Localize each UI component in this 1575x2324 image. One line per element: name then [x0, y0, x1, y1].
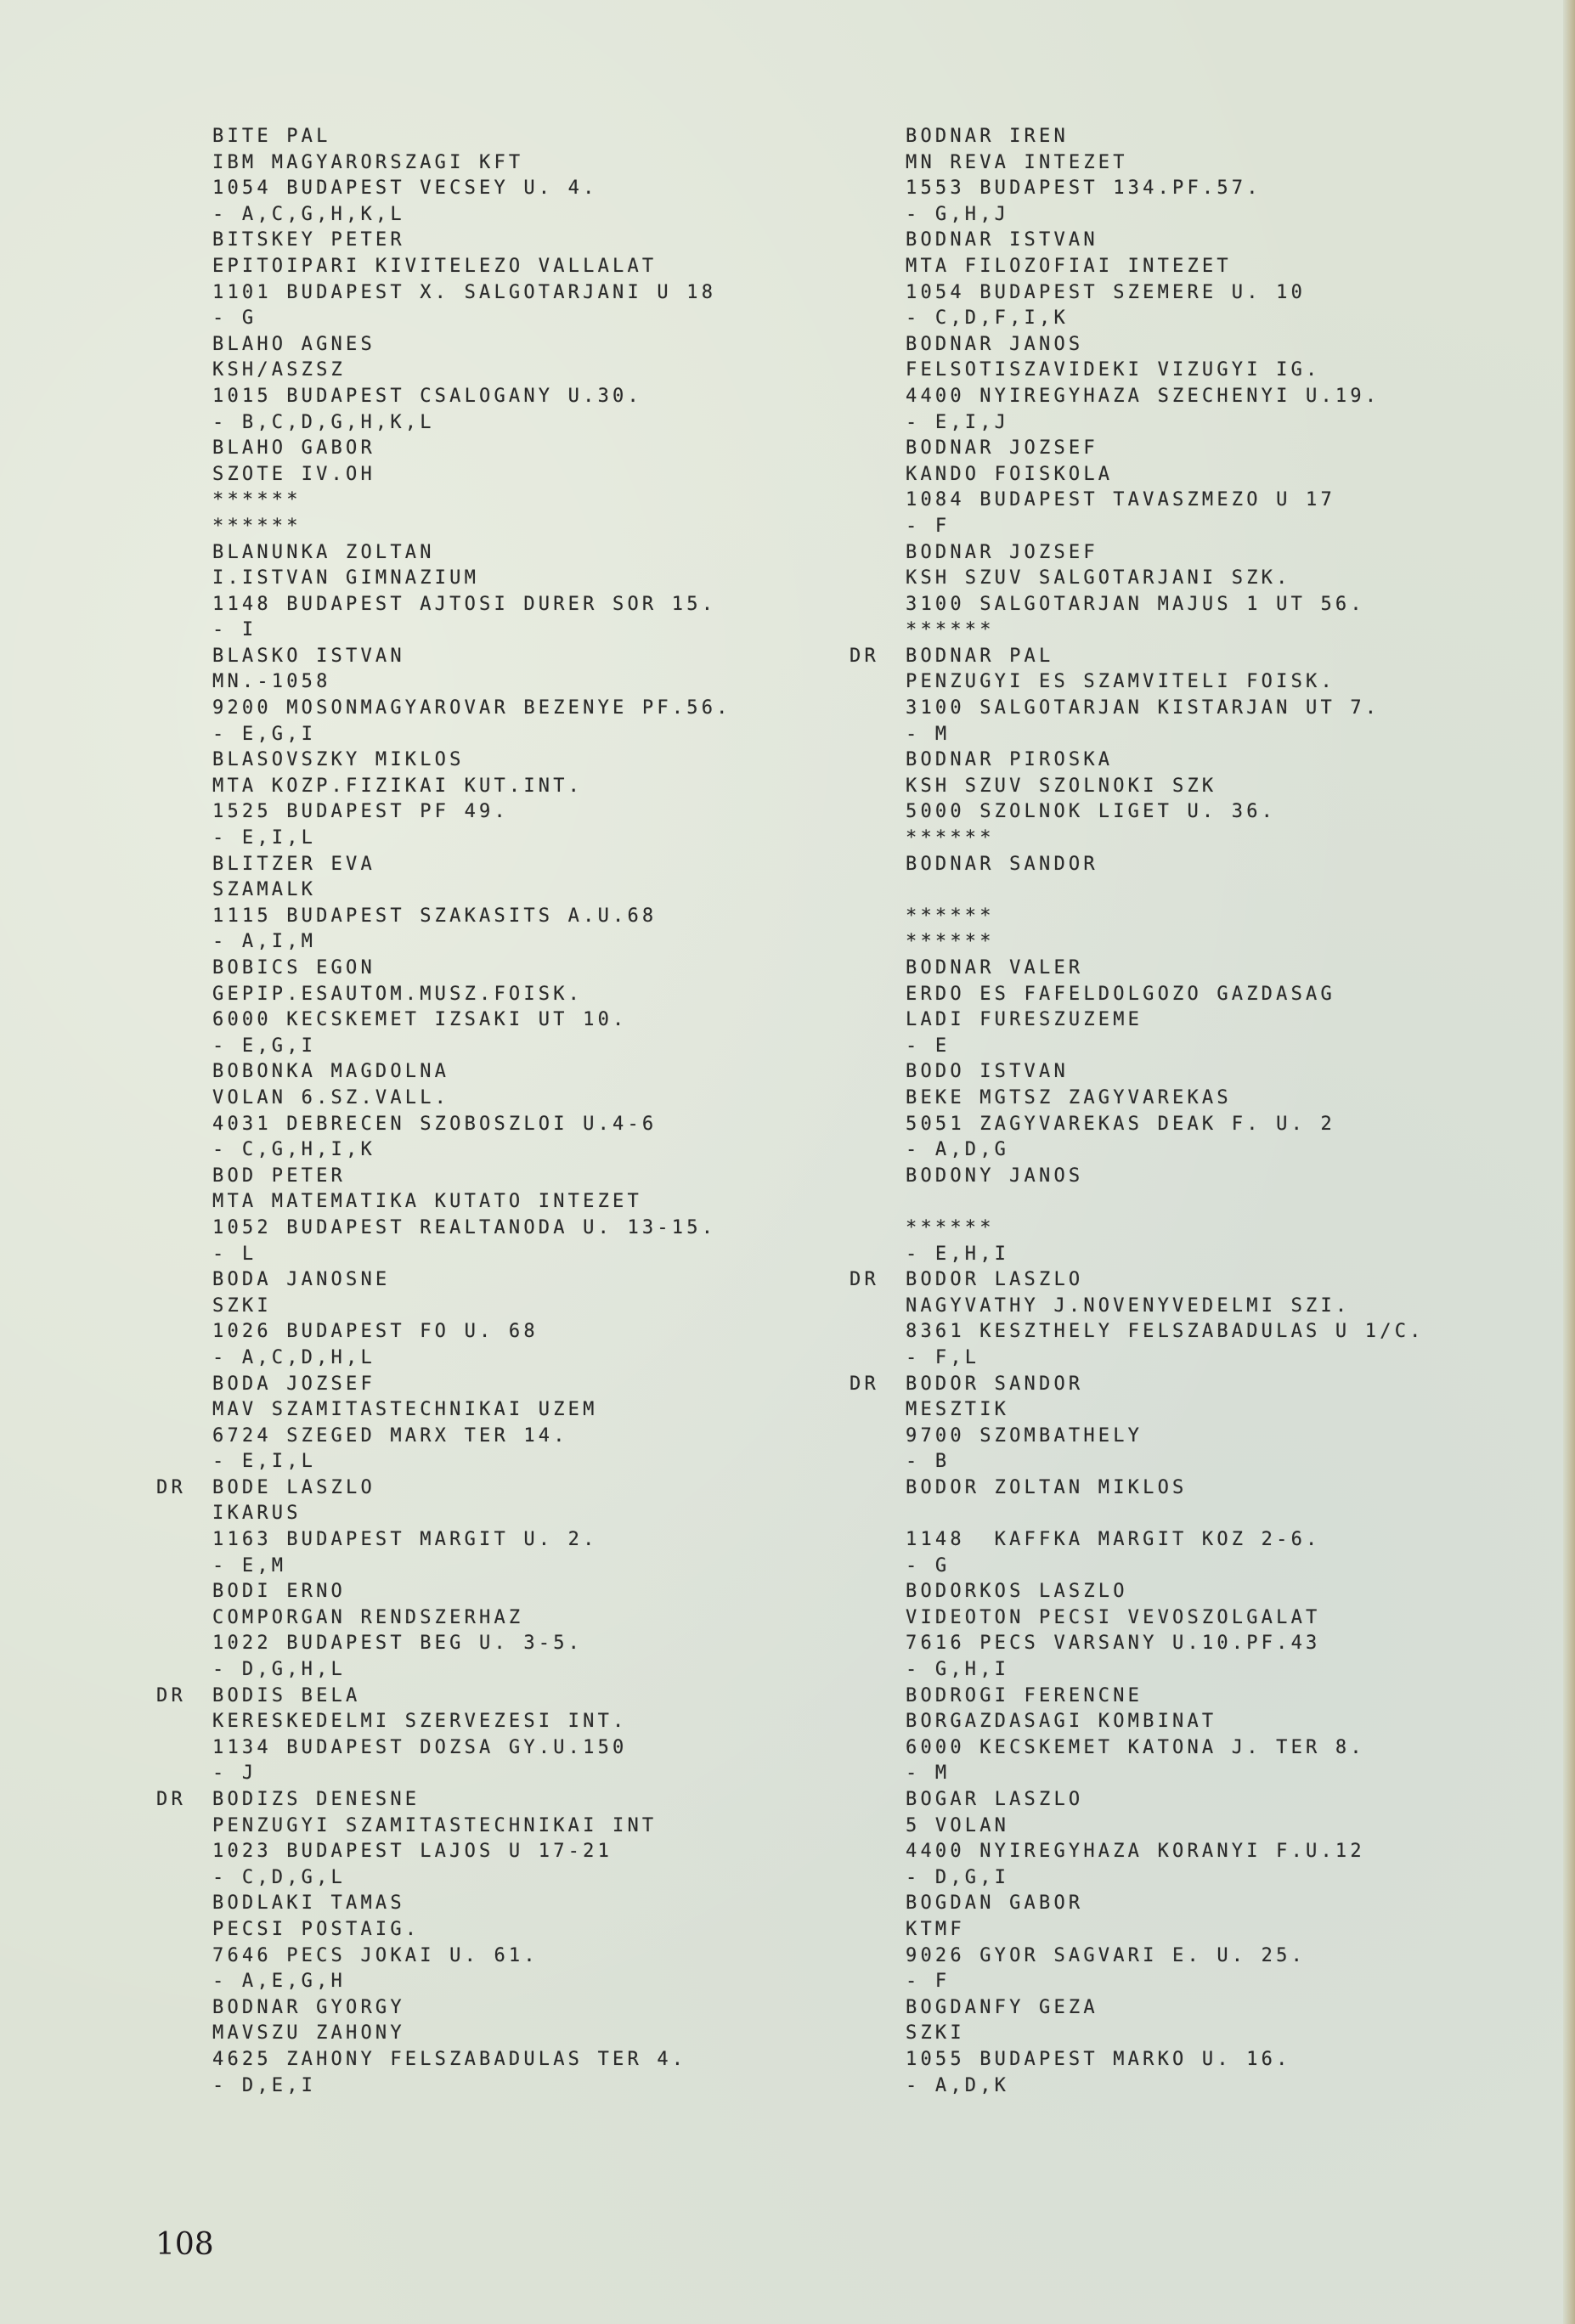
line-text: 1055 BUDAPEST MARKO U. 16.	[906, 2047, 1291, 2073]
directory-line: SZOTE IV.OH	[156, 462, 836, 488]
directory-line: BODNAR SANDOR	[850, 852, 1546, 878]
directory-line: - F,L	[850, 1345, 1546, 1372]
directory-line: - E,H,I	[850, 1242, 1546, 1268]
line-text: - A,E,G,H	[212, 1969, 346, 1995]
line-text: BODORKOS LASZLO	[906, 1579, 1128, 1605]
directory-line: 7616 PECS VARSANY U.10.PF.43	[850, 1631, 1546, 1657]
directory-line: - A,D,G	[850, 1137, 1546, 1164]
directory-line: 1148 KAFFKA MARGIT KOZ 2-6.	[850, 1527, 1546, 1554]
directory-line: 1553 BUDAPEST 134.PF.57.	[850, 176, 1546, 202]
directory-line: VOLAN 6.SZ.VALL.	[156, 1086, 836, 1112]
line-text: MTA FILOZOFIAI INTEZET	[906, 254, 1232, 280]
line-text: 4400 NYIREGYHAZA KORANYI F.U.12	[906, 1839, 1365, 1865]
directory-line: BOD PETER	[156, 1164, 836, 1190]
line-text: 1023 BUDAPEST LAJOS U 17-21	[212, 1839, 612, 1865]
directory-line: BOGDANFY GEZA	[850, 1995, 1546, 2022]
line-text: ******	[212, 514, 302, 540]
line-text: BODIZS DENESNE	[212, 1787, 420, 1814]
line-text: MTA MATEMATIKA KUTATO INTEZET	[212, 1189, 642, 1216]
line-text: 7616 PECS VARSANY U.10.PF.43	[906, 1631, 1320, 1657]
directory-line: 1052 BUDAPEST REALTANODA U. 13-15.	[156, 1216, 836, 1242]
directory-line: GEPIP.ESAUTOM.MUSZ.FOISK.	[156, 982, 836, 1008]
line-text: BODLAKI TAMAS	[212, 1891, 405, 1917]
directory-line: DRBODNAR PAL	[850, 644, 1546, 670]
directory-line: MESZTIK	[850, 1397, 1546, 1424]
directory-line: 1026 BUDAPEST FO U. 68	[156, 1319, 836, 1345]
line-text: 6000 KECSKEMET IZSAKI UT 10.	[212, 1007, 627, 1034]
line-text: ******	[906, 904, 995, 930]
line-text: BOBONKA MAGDOLNA	[212, 1059, 449, 1086]
line-text: ******	[906, 1216, 995, 1242]
directory-line: 9200 MOSONMAGYAROVAR BEZENYE PF.56.	[156, 696, 836, 722]
line-text: 1052 BUDAPEST REALTANODA U. 13-15.	[212, 1216, 716, 1242]
line-text: - I	[212, 618, 257, 644]
line-text: 8361 KESZTHELY FELSZABADULAS U 1/C.	[906, 1319, 1425, 1345]
line-text: - F,L	[906, 1345, 979, 1372]
line-text: - B,C,D,G,H,K,L	[212, 410, 435, 437]
directory-line: KSH SZUV SZOLNOKI SZK	[850, 774, 1546, 800]
directory-line: ******	[850, 826, 1546, 852]
line-text: - G,H,J	[906, 202, 1009, 228]
line-text: BODNAR JOZSEF	[906, 436, 1098, 462]
line-text: 6000 KECSKEMET KATONA J. TER 8.	[906, 1735, 1365, 1762]
directory-line: BEKE MGTSZ ZAGYVAREKAS	[850, 1086, 1546, 1112]
line-text: - E,H,I	[906, 1242, 1009, 1268]
directory-line: PENZUGYI SZAMITASTECHNIKAI INT	[156, 1814, 836, 1840]
directory-line: LADI FURESZUZEME	[850, 1007, 1546, 1034]
line-text: - F	[906, 514, 950, 540]
line-text: 1022 BUDAPEST BEG U. 3-5.	[212, 1631, 583, 1657]
directory-line: - M	[850, 722, 1546, 748]
line-text: 9026 GYOR SAGVARI E. U. 25.	[906, 1943, 1306, 1970]
line-text: BOD PETER	[212, 1164, 346, 1190]
directory-line: PENZUGYI ES SZAMVITELI FOISK.	[850, 669, 1546, 696]
line-text: BODIS BELA	[212, 1684, 360, 1710]
directory-line: 1115 BUDAPEST SZAKASITS A.U.68	[156, 904, 836, 930]
line-text: BODNAR ISTVAN	[906, 228, 1098, 254]
line-text: BLAHO AGNES	[212, 332, 375, 358]
directory-line: IKARUS	[156, 1501, 836, 1527]
directory-line: 5051 ZAGYVAREKAS DEAK F. U. 2	[850, 1112, 1546, 1138]
directory-line: EPITOIPARI KIVITELEZO VALLALAT	[156, 254, 836, 280]
line-text: 7646 PECS JOKAI U. 61.	[212, 1943, 539, 1970]
directory-column-right: BODNAR IRENMN REVA INTEZET1553 BUDAPEST …	[850, 124, 1546, 2099]
line-text: BLANUNKA ZOLTAN	[212, 540, 435, 567]
line-text: 1148 KAFFKA MARGIT KOZ 2-6.	[906, 1527, 1320, 1554]
directory-line: BODORKOS LASZLO	[850, 1579, 1546, 1605]
directory-line: BODO ISTVAN	[850, 1059, 1546, 1086]
directory-line: - A,C,G,H,K,L	[156, 202, 836, 228]
line-text: MESZTIK	[906, 1397, 1009, 1424]
directory-line: BODNAR ISTVAN	[850, 228, 1546, 254]
title-prefix: DR	[850, 1372, 906, 1398]
line-text: ERDO ES FAFELDOLGOZO GAZDASAG	[906, 982, 1335, 1008]
directory-line: BODNAR JANOS	[850, 332, 1546, 358]
directory-line: MAV SZAMITASTECHNIKAI UZEM	[156, 1397, 836, 1424]
directory-line: - E,I,L	[156, 826, 836, 852]
directory-line: BODROGI FERENCNE	[850, 1684, 1546, 1710]
directory-line: DRBODE LASZLO	[156, 1475, 836, 1502]
line-text: KSH SZUV SALGOTARJANI SZK.	[906, 566, 1291, 592]
directory-line: KTMF	[850, 1917, 1546, 1943]
directory-line: BODOR ZOLTAN MIKLOS	[850, 1475, 1546, 1502]
directory-line: 6000 KECSKEMET KATONA J. TER 8.	[850, 1735, 1546, 1762]
line-text: KANDO FOISKOLA	[906, 462, 1113, 488]
directory-line: 1084 BUDAPEST TAVASZMEZO U 17	[850, 488, 1546, 514]
line-text: BODNAR PAL	[906, 644, 1053, 670]
directory-line: BITSKEY PETER	[156, 228, 836, 254]
directory-line: - E,I,J	[850, 410, 1546, 437]
directory-line: 5 VOLAN	[850, 1814, 1546, 1840]
directory-line: 1054 BUDAPEST VECSEY U. 4.	[156, 176, 836, 202]
directory-line: - A,C,D,H,L	[156, 1345, 836, 1372]
title-prefix: DR	[850, 644, 906, 670]
directory-line: 1148 BUDAPEST AJTOSI DURER SOR 15.	[156, 592, 836, 618]
line-text: - J	[212, 1761, 257, 1787]
line-text: 1115 BUDAPEST SZAKASITS A.U.68	[212, 904, 657, 930]
line-text: BOGDANFY GEZA	[906, 1995, 1098, 2022]
directory-line: BODI ERNO	[156, 1579, 836, 1605]
line-text: BLAHO GABOR	[212, 436, 375, 462]
directory-line: 8361 KESZTHELY FELSZABADULAS U 1/C.	[850, 1319, 1546, 1345]
directory-line: 1055 BUDAPEST MARKO U. 16.	[850, 2047, 1546, 2073]
directory-line: BLAHO GABOR	[156, 436, 836, 462]
directory-line: - L	[156, 1242, 836, 1268]
directory-line: BOGAR LASZLO	[850, 1787, 1546, 1814]
directory-line: 3100 SALGOTARJAN MAJUS 1 UT 56.	[850, 592, 1546, 618]
line-text: BODNAR JANOS	[906, 332, 1083, 358]
directory-line: ******	[156, 488, 836, 514]
line-text: PECSI POSTAIG.	[212, 1917, 420, 1943]
directory-line: I.ISTVAN GIMNAZIUM	[156, 566, 836, 592]
directory-line: - A,I,M	[156, 929, 836, 956]
directory-line: - E,G,I	[156, 722, 836, 748]
directory-line: ******	[156, 514, 836, 540]
line-text: 3100 SALGOTARJAN KISTARJAN UT 7.	[906, 696, 1380, 722]
directory-line: 4400 NYIREGYHAZA SZECHENYI U.19.	[850, 384, 1546, 410]
line-text: COMPORGAN RENDSZERHAZ	[212, 1605, 523, 1632]
directory-line: - G	[156, 306, 836, 332]
line-text: ******	[212, 488, 302, 514]
line-text: - M	[906, 722, 950, 748]
line-text: BODNAR GYORGY	[212, 1995, 405, 2022]
line-text: - G	[212, 306, 257, 332]
line-text: BODNAR IREN	[906, 124, 1069, 150]
directory-line: 1015 BUDAPEST CSALOGANY U.30.	[156, 384, 836, 410]
directory-line: ******	[850, 929, 1546, 956]
line-text: BODA JOZSEF	[212, 1372, 375, 1398]
title-prefix: DR	[850, 1267, 906, 1294]
directory-line: BODNAR VALER	[850, 956, 1546, 982]
line-text: 5000 SZOLNOK LIGET U. 36.	[906, 799, 1276, 826]
line-text: - D,G,H,L	[212, 1657, 346, 1684]
line-text: PENZUGYI ES SZAMVITELI FOISK.	[906, 669, 1335, 696]
line-text: 5 VOLAN	[906, 1814, 1009, 1840]
line-text: EPITOIPARI KIVITELEZO VALLALAT	[212, 254, 657, 280]
directory-line: - G,H,I	[850, 1657, 1546, 1684]
directory-line: 1022 BUDAPEST BEG U. 3-5.	[156, 1631, 836, 1657]
directory-line: PECSI POSTAIG.	[156, 1917, 836, 1943]
line-text: - D,E,I	[212, 2073, 316, 2100]
page-edge	[1563, 0, 1575, 2324]
line-text: I.ISTVAN GIMNAZIUM	[212, 566, 479, 592]
line-text: - D,G,I	[906, 1865, 1009, 1892]
line-text: ******	[906, 929, 995, 956]
line-text: PENZUGYI SZAMITASTECHNIKAI INT	[212, 1814, 657, 1840]
line-text: - F	[906, 1969, 950, 1995]
directory-line: - F	[850, 1969, 1546, 1995]
line-text: BOGDAN GABOR	[906, 1891, 1083, 1917]
directory-line	[850, 1501, 1546, 1527]
directory-line: BODNAR PIROSKA	[850, 747, 1546, 774]
directory-line: BORGAZDASAGI KOMBINAT	[850, 1709, 1546, 1735]
line-text: - E,I,L	[212, 1449, 316, 1475]
directory-line: - E,G,I	[156, 1034, 836, 1060]
line-text: - C,D,G,L	[212, 1865, 346, 1892]
directory-line: - G	[850, 1554, 1546, 1580]
line-text: SZKI	[906, 2021, 965, 2047]
line-text: BODNAR VALER	[906, 956, 1083, 982]
line-text: BLASKO ISTVAN	[212, 644, 405, 670]
directory-column-left: BITE PALIBM MAGYARORSZAGI KFT1054 BUDAPE…	[156, 124, 836, 2099]
line-text: KTMF	[906, 1917, 965, 1943]
line-text: 4031 DEBRECEN SZOBOSZLOI U.4-6	[212, 1112, 657, 1138]
line-text: BITSKEY PETER	[212, 228, 405, 254]
line-text: BLITZER EVA	[212, 852, 375, 878]
line-text: 1134 BUDAPEST DOZSA GY.U.150	[212, 1735, 627, 1762]
line-text: - E,G,I	[212, 722, 316, 748]
directory-line: - E,I,L	[156, 1449, 836, 1475]
directory-line: MN REVA INTEZET	[850, 150, 1546, 177]
line-text: BODOR ZOLTAN MIKLOS	[906, 1475, 1187, 1502]
line-text: MAV SZAMITASTECHNIKAI UZEM	[212, 1397, 598, 1424]
directory-line: BODNAR JOZSEF	[850, 540, 1546, 567]
line-text: KSH SZUV SZOLNOKI SZK	[906, 774, 1217, 800]
line-text: - L	[212, 1242, 257, 1268]
line-text: BEKE MGTSZ ZAGYVAREKAS	[906, 1086, 1232, 1112]
line-text: BOBICS EGON	[212, 956, 375, 982]
line-text: - A,C,G,H,K,L	[212, 202, 405, 228]
line-text: - A,I,M	[212, 929, 316, 956]
directory-line: BOBICS EGON	[156, 956, 836, 982]
directory-line: DRBODOR LASZLO	[850, 1267, 1546, 1294]
directory-line	[850, 1189, 1546, 1216]
directory-line: VIDEOTON PECSI VEVOSZOLGALAT	[850, 1605, 1546, 1632]
line-text: BODOR LASZLO	[906, 1267, 1083, 1294]
line-text: - A,C,D,H,L	[212, 1345, 375, 1372]
directory-line: BLASKO ISTVAN	[156, 644, 836, 670]
line-text: BOGAR LASZLO	[906, 1787, 1083, 1814]
directory-line: BODA JANOSNE	[156, 1267, 836, 1294]
line-text: - E,I,L	[212, 826, 316, 852]
directory-line: - I	[156, 618, 836, 644]
directory-line: - E,M	[156, 1554, 836, 1580]
title-prefix: DR	[156, 1475, 212, 1502]
directory-line: 6000 KECSKEMET IZSAKI UT 10.	[156, 1007, 836, 1034]
directory-line: 1101 BUDAPEST X. SALGOTARJANI U 18	[156, 280, 836, 307]
directory-line: - B	[850, 1449, 1546, 1475]
directory-line: BITE PAL	[156, 124, 836, 150]
line-text: 1148 BUDAPEST AJTOSI DURER SOR 15.	[212, 592, 716, 618]
directory-line: SZKI	[156, 1294, 836, 1320]
directory-line: ******	[850, 904, 1546, 930]
directory-line: ERDO ES FAFELDOLGOZO GAZDASAG	[850, 982, 1546, 1008]
line-text: - E,G,I	[212, 1034, 316, 1060]
directory-line: - A,E,G,H	[156, 1969, 836, 1995]
line-text: MN REVA INTEZET	[906, 150, 1128, 177]
line-text: - C,G,H,I,K	[212, 1137, 375, 1164]
directory-line: BOBONKA MAGDOLNA	[156, 1059, 836, 1086]
line-text: BODA JANOSNE	[212, 1267, 390, 1294]
line-text: BODOR SANDOR	[906, 1372, 1083, 1398]
directory-line: BOGDAN GABOR	[850, 1891, 1546, 1917]
line-text: - A,D,G	[906, 1137, 1009, 1164]
line-text: 5051 ZAGYVAREKAS DEAK F. U. 2	[906, 1112, 1335, 1138]
directory-line: FELSOTISZAVIDEKI VIZUGYI IG.	[850, 358, 1546, 384]
line-text: 1026 BUDAPEST FO U. 68	[212, 1319, 539, 1345]
line-text: - C,D,F,I,K	[906, 306, 1069, 332]
directory-line: MTA KOZP.FIZIKAI KUT.INT.	[156, 774, 836, 800]
line-text: IBM MAGYARORSZAGI KFT	[212, 150, 523, 177]
title-prefix: DR	[156, 1787, 212, 1814]
line-text: BODI ERNO	[212, 1579, 346, 1605]
directory-line: MTA MATEMATIKA KUTATO INTEZET	[156, 1189, 836, 1216]
line-text: ******	[906, 826, 995, 852]
directory-line: 1134 BUDAPEST DOZSA GY.U.150	[156, 1735, 836, 1762]
line-text: GEPIP.ESAUTOM.MUSZ.FOISK.	[212, 982, 583, 1008]
directory-line: - E	[850, 1034, 1546, 1060]
directory-line: DRBODIZS DENESNE	[156, 1787, 836, 1814]
line-text: BORGAZDASAGI KOMBINAT	[906, 1709, 1217, 1735]
line-text: - E	[906, 1034, 950, 1060]
directory-line: 6724 SZEGED MARX TER 14.	[156, 1424, 836, 1450]
directory-line: IBM MAGYARORSZAGI KFT	[156, 150, 836, 177]
directory-line: SZAMALK	[156, 877, 836, 904]
directory-line: BLAHO AGNES	[156, 332, 836, 358]
directory-line: NAGYVATHY J.NOVENYVEDELMI SZI.	[850, 1294, 1546, 1320]
line-text: 1163 BUDAPEST MARGIT U. 2.	[212, 1527, 598, 1554]
directory-line: BLANUNKA ZOLTAN	[156, 540, 836, 567]
directory-line: - C,D,F,I,K	[850, 306, 1546, 332]
line-text: BLASOVSZKY MIKLOS	[212, 747, 465, 774]
directory-line: BODNAR GYORGY	[156, 1995, 836, 2022]
line-text: VOLAN 6.SZ.VALL.	[212, 1086, 449, 1112]
line-text: BITE PAL	[212, 124, 331, 150]
line-text: - A,D,K	[906, 2073, 1009, 2100]
directory-line: 3100 SALGOTARJAN KISTARJAN UT 7.	[850, 696, 1546, 722]
line-text: - E,M	[212, 1554, 286, 1580]
directory-line: BODNAR IREN	[850, 124, 1546, 150]
line-text: - G	[906, 1554, 950, 1580]
line-text: - G,H,I	[906, 1657, 1009, 1684]
line-text: MN.-1058	[212, 669, 331, 696]
line-text: 9200 MOSONMAGYAROVAR BEZENYE PF.56.	[212, 696, 731, 722]
directory-line: 5000 SZOLNOK LIGET U. 36.	[850, 799, 1546, 826]
directory-line: MN.-1058	[156, 669, 836, 696]
line-text: 1084 BUDAPEST TAVASZMEZO U 17	[906, 488, 1335, 514]
line-text: 1101 BUDAPEST X. SALGOTARJANI U 18	[212, 280, 716, 307]
directory-line: KSH SZUV SALGOTARJANI SZK.	[850, 566, 1546, 592]
line-text: IKARUS	[212, 1501, 302, 1527]
line-text: 1015 BUDAPEST CSALOGANY U.30.	[212, 384, 642, 410]
title-prefix: DR	[156, 1684, 212, 1710]
directory-line: DRBODOR SANDOR	[850, 1372, 1546, 1398]
line-text: BODE LASZLO	[212, 1475, 375, 1502]
page-number: 108	[155, 2227, 214, 2262]
line-text: KSH/ASZSZ	[212, 358, 346, 384]
line-text: 4625 ZAHONY FELSZABADULAS TER 4.	[212, 2047, 686, 2073]
directory-line: - F	[850, 514, 1546, 540]
directory-line	[850, 877, 1546, 904]
directory-line: BODONY JANOS	[850, 1164, 1546, 1190]
line-text: SZOTE IV.OH	[212, 462, 375, 488]
directory-line: 1054 BUDAPEST SZEMERE U. 10	[850, 280, 1546, 307]
directory-line: 7646 PECS JOKAI U. 61.	[156, 1943, 836, 1970]
directory-line: - G,H,J	[850, 202, 1546, 228]
line-text: 1553 BUDAPEST 134.PF.57.	[906, 176, 1262, 202]
line-text: BODNAR SANDOR	[906, 852, 1098, 878]
directory-line: MAVSZU ZAHONY	[156, 2021, 836, 2047]
directory-line: 1525 BUDAPEST PF 49.	[156, 799, 836, 826]
line-text: - M	[906, 1761, 950, 1787]
directory-line: 1023 BUDAPEST LAJOS U 17-21	[156, 1839, 836, 1865]
line-text: SZKI	[212, 1294, 272, 1320]
line-text: - B	[906, 1449, 950, 1475]
line-text: - E,I,J	[906, 410, 1009, 437]
line-text: BODO ISTVAN	[906, 1059, 1069, 1086]
line-text: FELSOTISZAVIDEKI VIZUGYI IG.	[906, 358, 1320, 384]
line-text: BODROGI FERENCNE	[906, 1684, 1143, 1710]
directory-line: BODLAKI TAMAS	[156, 1891, 836, 1917]
line-text: MTA KOZP.FIZIKAI KUT.INT.	[212, 774, 583, 800]
line-text: ******	[906, 618, 995, 644]
directory-line: 4400 NYIREGYHAZA KORANYI F.U.12	[850, 1839, 1546, 1865]
directory-line: - D,G,I	[850, 1865, 1546, 1892]
directory-line: 1163 BUDAPEST MARGIT U. 2.	[156, 1527, 836, 1554]
directory-line: BLITZER EVA	[156, 852, 836, 878]
directory-line: 4031 DEBRECEN SZOBOSZLOI U.4-6	[156, 1112, 836, 1138]
line-text: 4400 NYIREGYHAZA SZECHENYI U.19.	[906, 384, 1380, 410]
directory-line: SZKI	[850, 2021, 1546, 2047]
directory-line: ******	[850, 1216, 1546, 1242]
line-text: NAGYVATHY J.NOVENYVEDELMI SZI.	[906, 1294, 1350, 1320]
directory-line: DRBODIS BELA	[156, 1684, 836, 1710]
line-text: BODONY JANOS	[906, 1164, 1083, 1190]
line-text: LADI FURESZUZEME	[906, 1007, 1143, 1034]
directory-line: KERESKEDELMI SZERVEZESI INT.	[156, 1709, 836, 1735]
directory-line: KSH/ASZSZ	[156, 358, 836, 384]
directory-line: - J	[156, 1761, 836, 1787]
line-text: 3100 SALGOTARJAN MAJUS 1 UT 56.	[906, 592, 1365, 618]
directory-line: COMPORGAN RENDSZERHAZ	[156, 1605, 836, 1632]
directory-line: - M	[850, 1761, 1546, 1787]
directory-line: 9700 SZOMBATHELY	[850, 1424, 1546, 1450]
line-text: 6724 SZEGED MARX TER 14.	[212, 1424, 568, 1450]
line-text: 1525 BUDAPEST PF 49.	[212, 799, 509, 826]
directory-line: BODNAR JOZSEF	[850, 436, 1546, 462]
line-text: 1054 BUDAPEST VECSEY U. 4.	[212, 176, 598, 202]
line-text: 9700 SZOMBATHELY	[906, 1424, 1143, 1450]
directory-line: - C,G,H,I,K	[156, 1137, 836, 1164]
directory-line: BLASOVSZKY MIKLOS	[156, 747, 836, 774]
line-text: BODNAR PIROSKA	[906, 747, 1113, 774]
directory-line: 4625 ZAHONY FELSZABADULAS TER 4.	[156, 2047, 836, 2073]
line-text: BODNAR JOZSEF	[906, 540, 1098, 567]
directory-line: 9026 GYOR SAGVARI E. U. 25.	[850, 1943, 1546, 1970]
line-text: KERESKEDELMI SZERVEZESI INT.	[212, 1709, 627, 1735]
directory-line: BODA JOZSEF	[156, 1372, 836, 1398]
line-text: VIDEOTON PECSI VEVOSZOLGALAT	[906, 1605, 1320, 1632]
